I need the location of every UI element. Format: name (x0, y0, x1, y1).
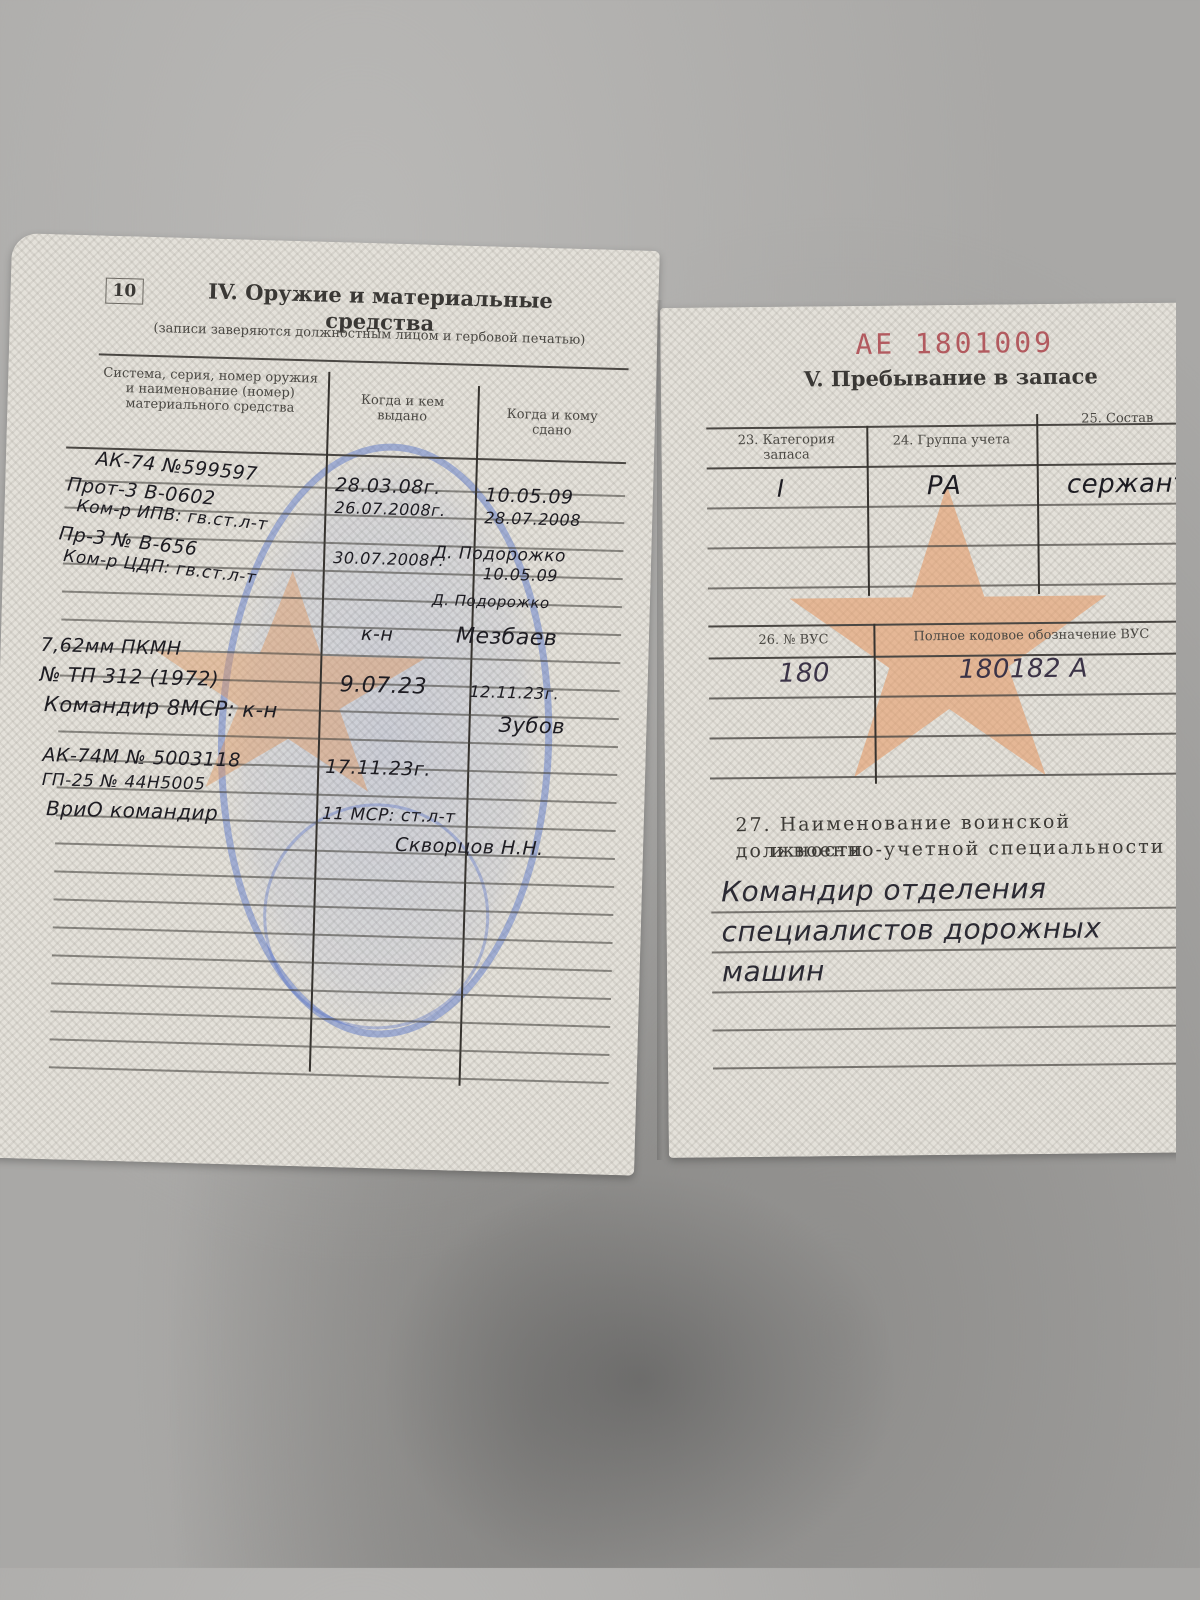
entry-issued: к-н (361, 623, 394, 646)
entry-item: № ТП 312 (1972) (39, 662, 219, 691)
entry-returned: Скворцов Н.Н. (395, 834, 544, 860)
entry-returned: Д. Подорожко (433, 543, 566, 567)
field-26-value: 180 (779, 658, 830, 689)
entry-returned: Мезбаев (456, 624, 558, 652)
entry-returned: 28.07.2008 (484, 508, 581, 530)
entry-item: Командир 8МСР: к-н (44, 692, 279, 723)
field-24-value: РА (927, 471, 962, 501)
entry-item: АК-74М № 5003118 (42, 744, 241, 772)
table-header-rule (707, 462, 1176, 469)
entry-returned: Д. Подорожко (432, 591, 550, 612)
entry-returned: 10.05.09 (485, 484, 574, 508)
column-divider (866, 426, 870, 596)
entry-issued: 28.03.08г. (335, 474, 441, 499)
rule (713, 1024, 1176, 1031)
field-23-value: I (777, 475, 785, 503)
field-23-label: 23. Категория запаса (716, 432, 856, 463)
field-26-label: 26. № ВУС (723, 632, 863, 648)
column-header-issued: Когда и кем выдано (342, 392, 463, 425)
field-26b-value: 180182 А (959, 654, 1089, 685)
rule (710, 772, 1176, 779)
entry-issued: 17.11.23г. (325, 756, 431, 781)
field-27-label-line2: и военно-учетной специальности (771, 834, 1166, 864)
entry-issued: 9.07.23 (339, 672, 427, 699)
right-page: АЕ 1801009 V. Пребывание в запасе 23. Ка… (660, 302, 1176, 1158)
entry-item: 7,62мм ПКМН (40, 634, 182, 660)
entry-returned: 12.11.23г. (469, 682, 559, 703)
rule (710, 732, 1176, 739)
rule (713, 1062, 1176, 1069)
entry-returned: 10.05.09 (483, 564, 559, 585)
booklet-spine (657, 300, 663, 1160)
field-25-label: 25. Состав (1081, 410, 1176, 426)
column-header-item: Система, серия, номер оружия и наименова… (102, 366, 318, 417)
field-25-value: сержанты (1067, 468, 1176, 499)
field-27-value-line1: Командир отделения (721, 872, 1047, 908)
entry-item: ГП-25 № 44Н5005 (42, 770, 206, 795)
section-title: V. Пребывание в запасе (791, 363, 1111, 391)
column-header-returned: Когда и кому сдано (487, 406, 618, 440)
field-27-value-line3: машин (722, 954, 825, 988)
background-shadow (380, 1170, 900, 1568)
entry-item: ВриО командир (46, 796, 219, 825)
rule (49, 1066, 609, 1083)
left-page: 10 IV. Оружие и материальные средства (з… (0, 233, 660, 1176)
entry-issued: 26.07.2008г. (334, 498, 446, 520)
serial-number: АЕ 1801009 (855, 326, 1054, 361)
entry-issued: 11 МСР: ст.л-т (322, 804, 456, 828)
field-27-value-line2: специалистов дорожных (721, 911, 1101, 948)
field-26b-label: Полное кодовое обозначение ВУС (913, 626, 1176, 644)
field-24-label: 24. Группа учета (876, 432, 1026, 449)
entry-issued: 30.07.2008г. (333, 548, 445, 570)
rule (50, 1038, 610, 1055)
entry-returned: Зубов (498, 713, 565, 739)
page-number: 10 (105, 278, 143, 305)
